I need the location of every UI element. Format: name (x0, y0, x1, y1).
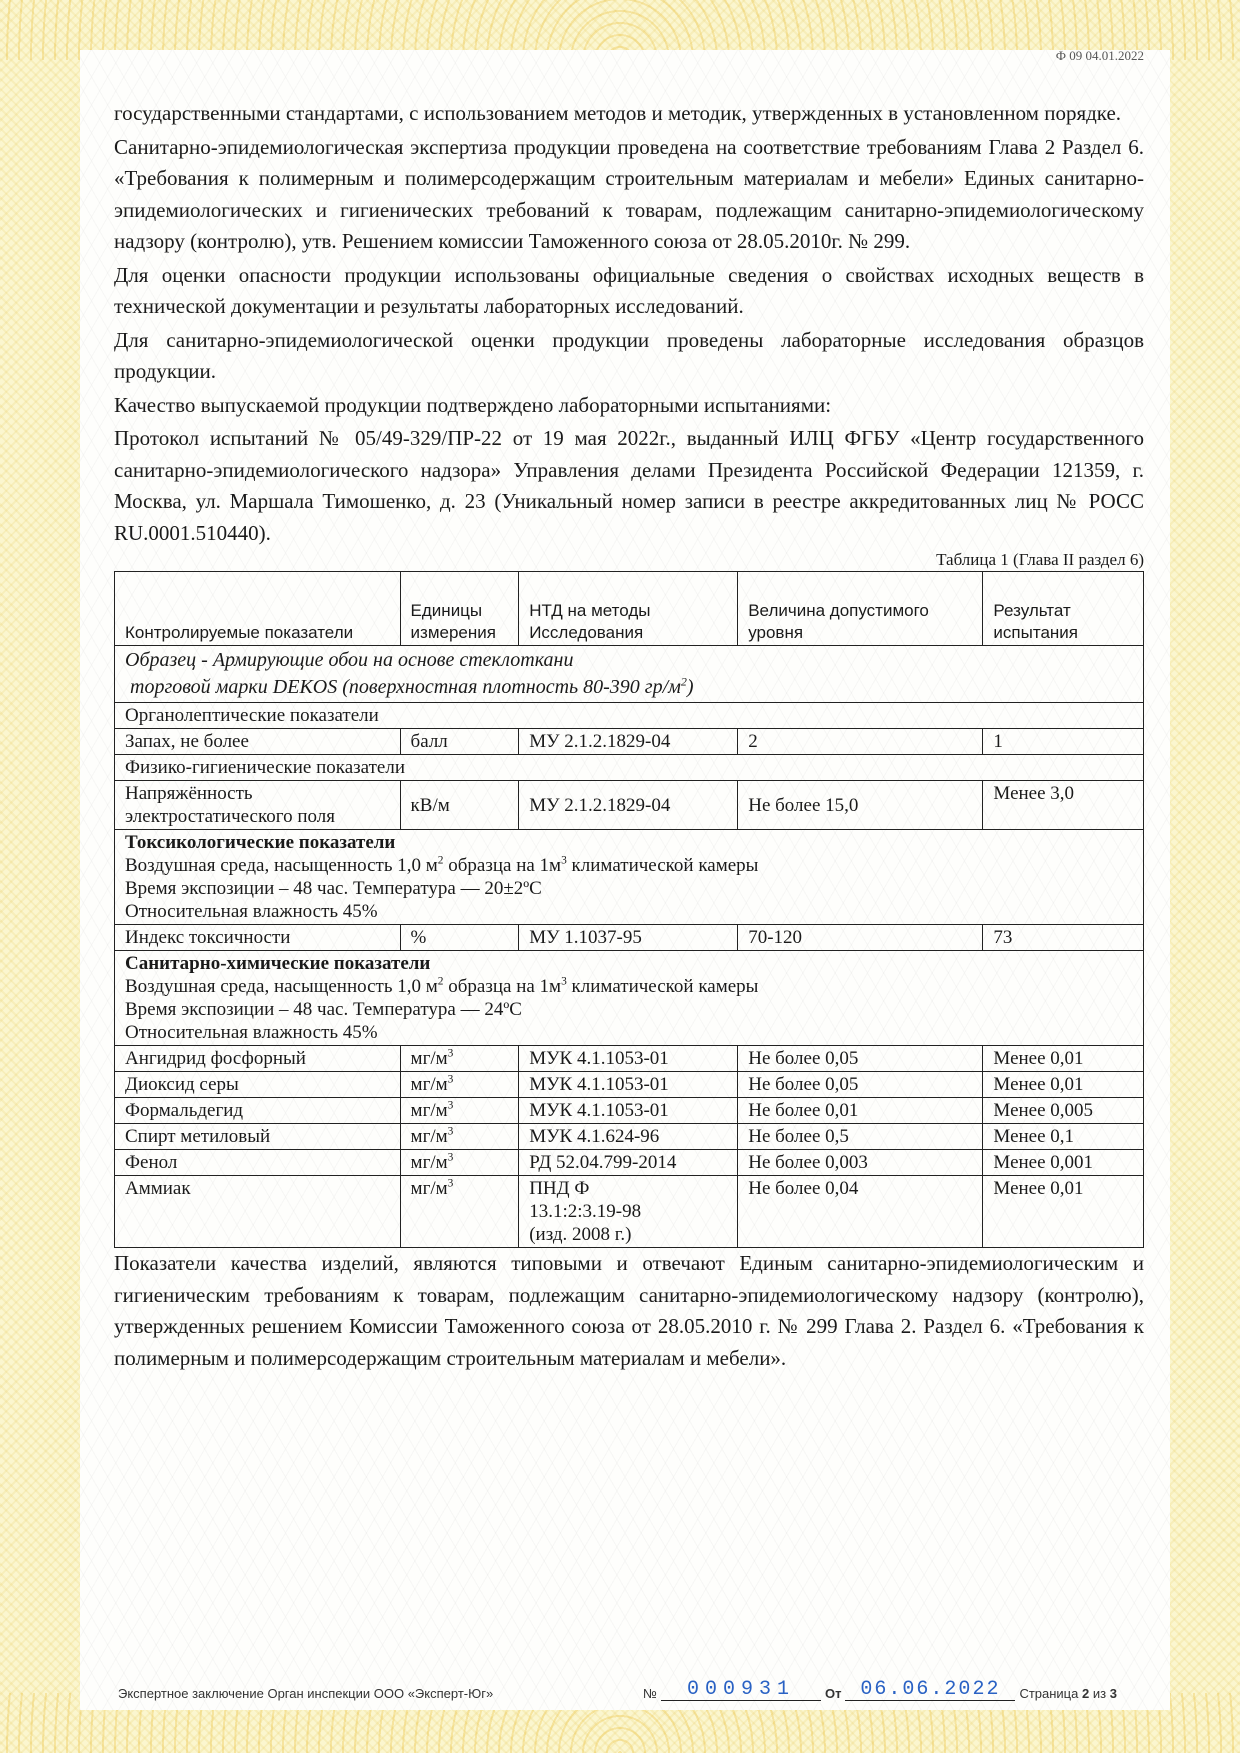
cell-limit: Не более 0,05 (738, 1046, 983, 1072)
condition-humidity: Относительная влажность 45% (125, 900, 1133, 923)
cell-limit: 2 (738, 729, 983, 755)
conclusion-number: 000931 (661, 1680, 821, 1701)
header-result: Результат испытания (983, 572, 1144, 646)
cell-unit: мг/м3 (400, 1176, 519, 1248)
section-row: Токсикологические показатели Воздушная с… (115, 830, 1144, 925)
cell-unit: балл (400, 729, 519, 755)
cell-method: ПНД Ф 13.1:2:3.19-98 (изд. 2008 г.) (519, 1176, 738, 1248)
header-indicators: Контролируемые показатели (115, 572, 401, 646)
cell-method: МУК 4.1.1053-01 (519, 1072, 738, 1098)
form-code: Ф 09 04.01.2022 (1056, 48, 1144, 64)
cell-indicator: Аммиак (115, 1176, 401, 1248)
table-row: Ангидрид фосфорный мг/м3 МУК 4.1.1053-01… (115, 1046, 1144, 1072)
section-title-toxicological: Токсикологические показатели (125, 831, 1133, 854)
cell-result: 73 (983, 925, 1144, 951)
table-row: Формальдегид мг/м3 МУК 4.1.1053-01 Не бо… (115, 1098, 1144, 1124)
condition-exposure: Время экспозиции – 48 час. Температура —… (125, 998, 1133, 1021)
cell-indicator: Спирт метиловый (115, 1124, 401, 1150)
cell-result: Менее 0,001 (983, 1150, 1144, 1176)
table-row: Диоксид серы мг/м3 МУК 4.1.1053-01 Не бо… (115, 1072, 1144, 1098)
paragraph-protocol: Протокол испытаний № 05/49-329/ПР-22 от … (114, 423, 1144, 549)
cell-result: Менее 0,01 (983, 1046, 1144, 1072)
sample-title: Образец - Армирующие обои на основе стек… (115, 646, 1144, 703)
cell-limit: Не более 0,04 (738, 1176, 983, 1248)
section-chemical: Санитарно-химические показатели Воздушна… (115, 951, 1144, 1046)
cell-indicator: Напряжённость электростатического поля (115, 781, 401, 830)
document-body: государственными стандартами, с использо… (114, 98, 1144, 1376)
header-limit: Величина допустимого уровня (738, 572, 983, 646)
cell-limit: Не более 0,05 (738, 1072, 983, 1098)
cell-result: Менее 0,01 (983, 1072, 1144, 1098)
conclusion-date: 06.06.2022 (845, 1680, 1015, 1701)
cell-indicator: Диоксид серы (115, 1072, 401, 1098)
cell-indicator: Запах, не более (115, 729, 401, 755)
cell-result: Менее 3,0 (983, 781, 1144, 830)
cell-method: РД 52.04.799-2014 (519, 1150, 738, 1176)
cell-limit: Не более 0,5 (738, 1124, 983, 1150)
cell-indicator: Формальдегид (115, 1098, 401, 1124)
sample-title-row: Образец - Армирующие обои на основе стек… (115, 646, 1144, 703)
paragraph-quality: Качество выпускаемой продукции подтвержд… (114, 390, 1144, 422)
section-title-organoleptic: Органолептические показатели (115, 703, 1144, 729)
paragraph-lab-research: Для санитарно-эпидемиологической оценки … (114, 325, 1144, 388)
cell-limit: Не более 0,01 (738, 1098, 983, 1124)
cell-method: МУ 1.1037-95 (519, 925, 738, 951)
table-row: Аммиак мг/м3 ПНД Ф 13.1:2:3.19-98 (изд. … (115, 1176, 1144, 1248)
section-toxicological: Токсикологические показатели Воздушная с… (115, 830, 1144, 925)
results-table: Контролируемые показатели Единицы измере… (114, 571, 1144, 1248)
paragraph-conclusion: Показатели качества изделий, являются ти… (114, 1248, 1144, 1374)
condition-air: Воздушная среда, насыщенность 1,0 м2 обр… (125, 854, 1133, 877)
cell-limit: 70-120 (738, 925, 983, 951)
table-header-row: Контролируемые показатели Единицы измере… (115, 572, 1144, 646)
cell-unit: мг/м3 (400, 1046, 519, 1072)
cell-result: Менее 0,01 (983, 1176, 1144, 1248)
header-units: Единицы измерения (400, 572, 519, 646)
section-title-physical: Физико-гигиенические показатели (115, 755, 1144, 781)
cell-unit: мг/м3 (400, 1124, 519, 1150)
cell-method: МУК 4.1.1053-01 (519, 1098, 738, 1124)
cell-result: 1 (983, 729, 1144, 755)
condition-humidity: Относительная влажность 45% (125, 1021, 1133, 1044)
table-row: Индекс токсичности % МУ 1.1037-95 70-120… (115, 925, 1144, 951)
cell-unit: кВ/м (400, 781, 519, 830)
cell-unit: % (400, 925, 519, 951)
section-row: Санитарно-химические показатели Воздушна… (115, 951, 1144, 1046)
section-title-chemical: Санитарно-химические показатели (125, 952, 1133, 975)
paragraph-standards: государственными стандартами, с использо… (114, 98, 1144, 130)
footer-date-label: От (825, 1686, 841, 1701)
cell-unit: мг/м3 (400, 1150, 519, 1176)
paragraph-expertise: Санитарно-эпидемиологическая экспертиза … (114, 132, 1144, 258)
cell-method: МУК 4.1.1053-01 (519, 1046, 738, 1072)
table-row: Фенол мг/м3 РД 52.04.799-2014 Не более 0… (115, 1150, 1144, 1176)
condition-air: Воздушная среда, насыщенность 1,0 м2 обр… (125, 975, 1133, 998)
cell-method: МУК 4.1.624-96 (519, 1124, 738, 1150)
table-caption: Таблица 1 (Глава II раздел 6) (114, 549, 1144, 571)
cell-indicator: Ангидрид фосфорный (115, 1046, 401, 1072)
cell-unit: мг/м3 (400, 1072, 519, 1098)
header-method: НТД на методы Исследования (519, 572, 738, 646)
page-indicator: Страница 2 из 3 (1019, 1686, 1117, 1701)
cell-unit: мг/м3 (400, 1098, 519, 1124)
section-row: Физико-гигиенические показатели (115, 755, 1144, 781)
section-row: Органолептические показатели (115, 703, 1144, 729)
cell-indicator: Фенол (115, 1150, 401, 1176)
cell-indicator: Индекс токсичности (115, 925, 401, 951)
table-row: Напряжённость электростатического поля к… (115, 781, 1144, 830)
cell-result: Менее 0,1 (983, 1124, 1144, 1150)
cell-method: МУ 2.1.2.1829-04 (519, 729, 738, 755)
paragraph-hazard-assessment: Для оценки опасности продукции использов… (114, 260, 1144, 323)
cell-result: Менее 0,005 (983, 1098, 1144, 1124)
table-row: Спирт метиловый мг/м3 МУК 4.1.624-96 Не … (115, 1124, 1144, 1150)
condition-exposure: Время экспозиции – 48 час. Температура —… (125, 877, 1133, 900)
page-footer: Экспертное заключение Орган инспекции ОО… (118, 1680, 1148, 1701)
cell-method: МУ 2.1.2.1829-04 (519, 781, 738, 830)
cell-limit: Не более 0,003 (738, 1150, 983, 1176)
footer-organization: Экспертное заключение Орган инспекции ОО… (118, 1686, 643, 1701)
table-row: Запах, не более балл МУ 2.1.2.1829-04 2 … (115, 729, 1144, 755)
cell-limit: Не более 15,0 (738, 781, 983, 830)
footer-number-label: № (643, 1686, 657, 1701)
